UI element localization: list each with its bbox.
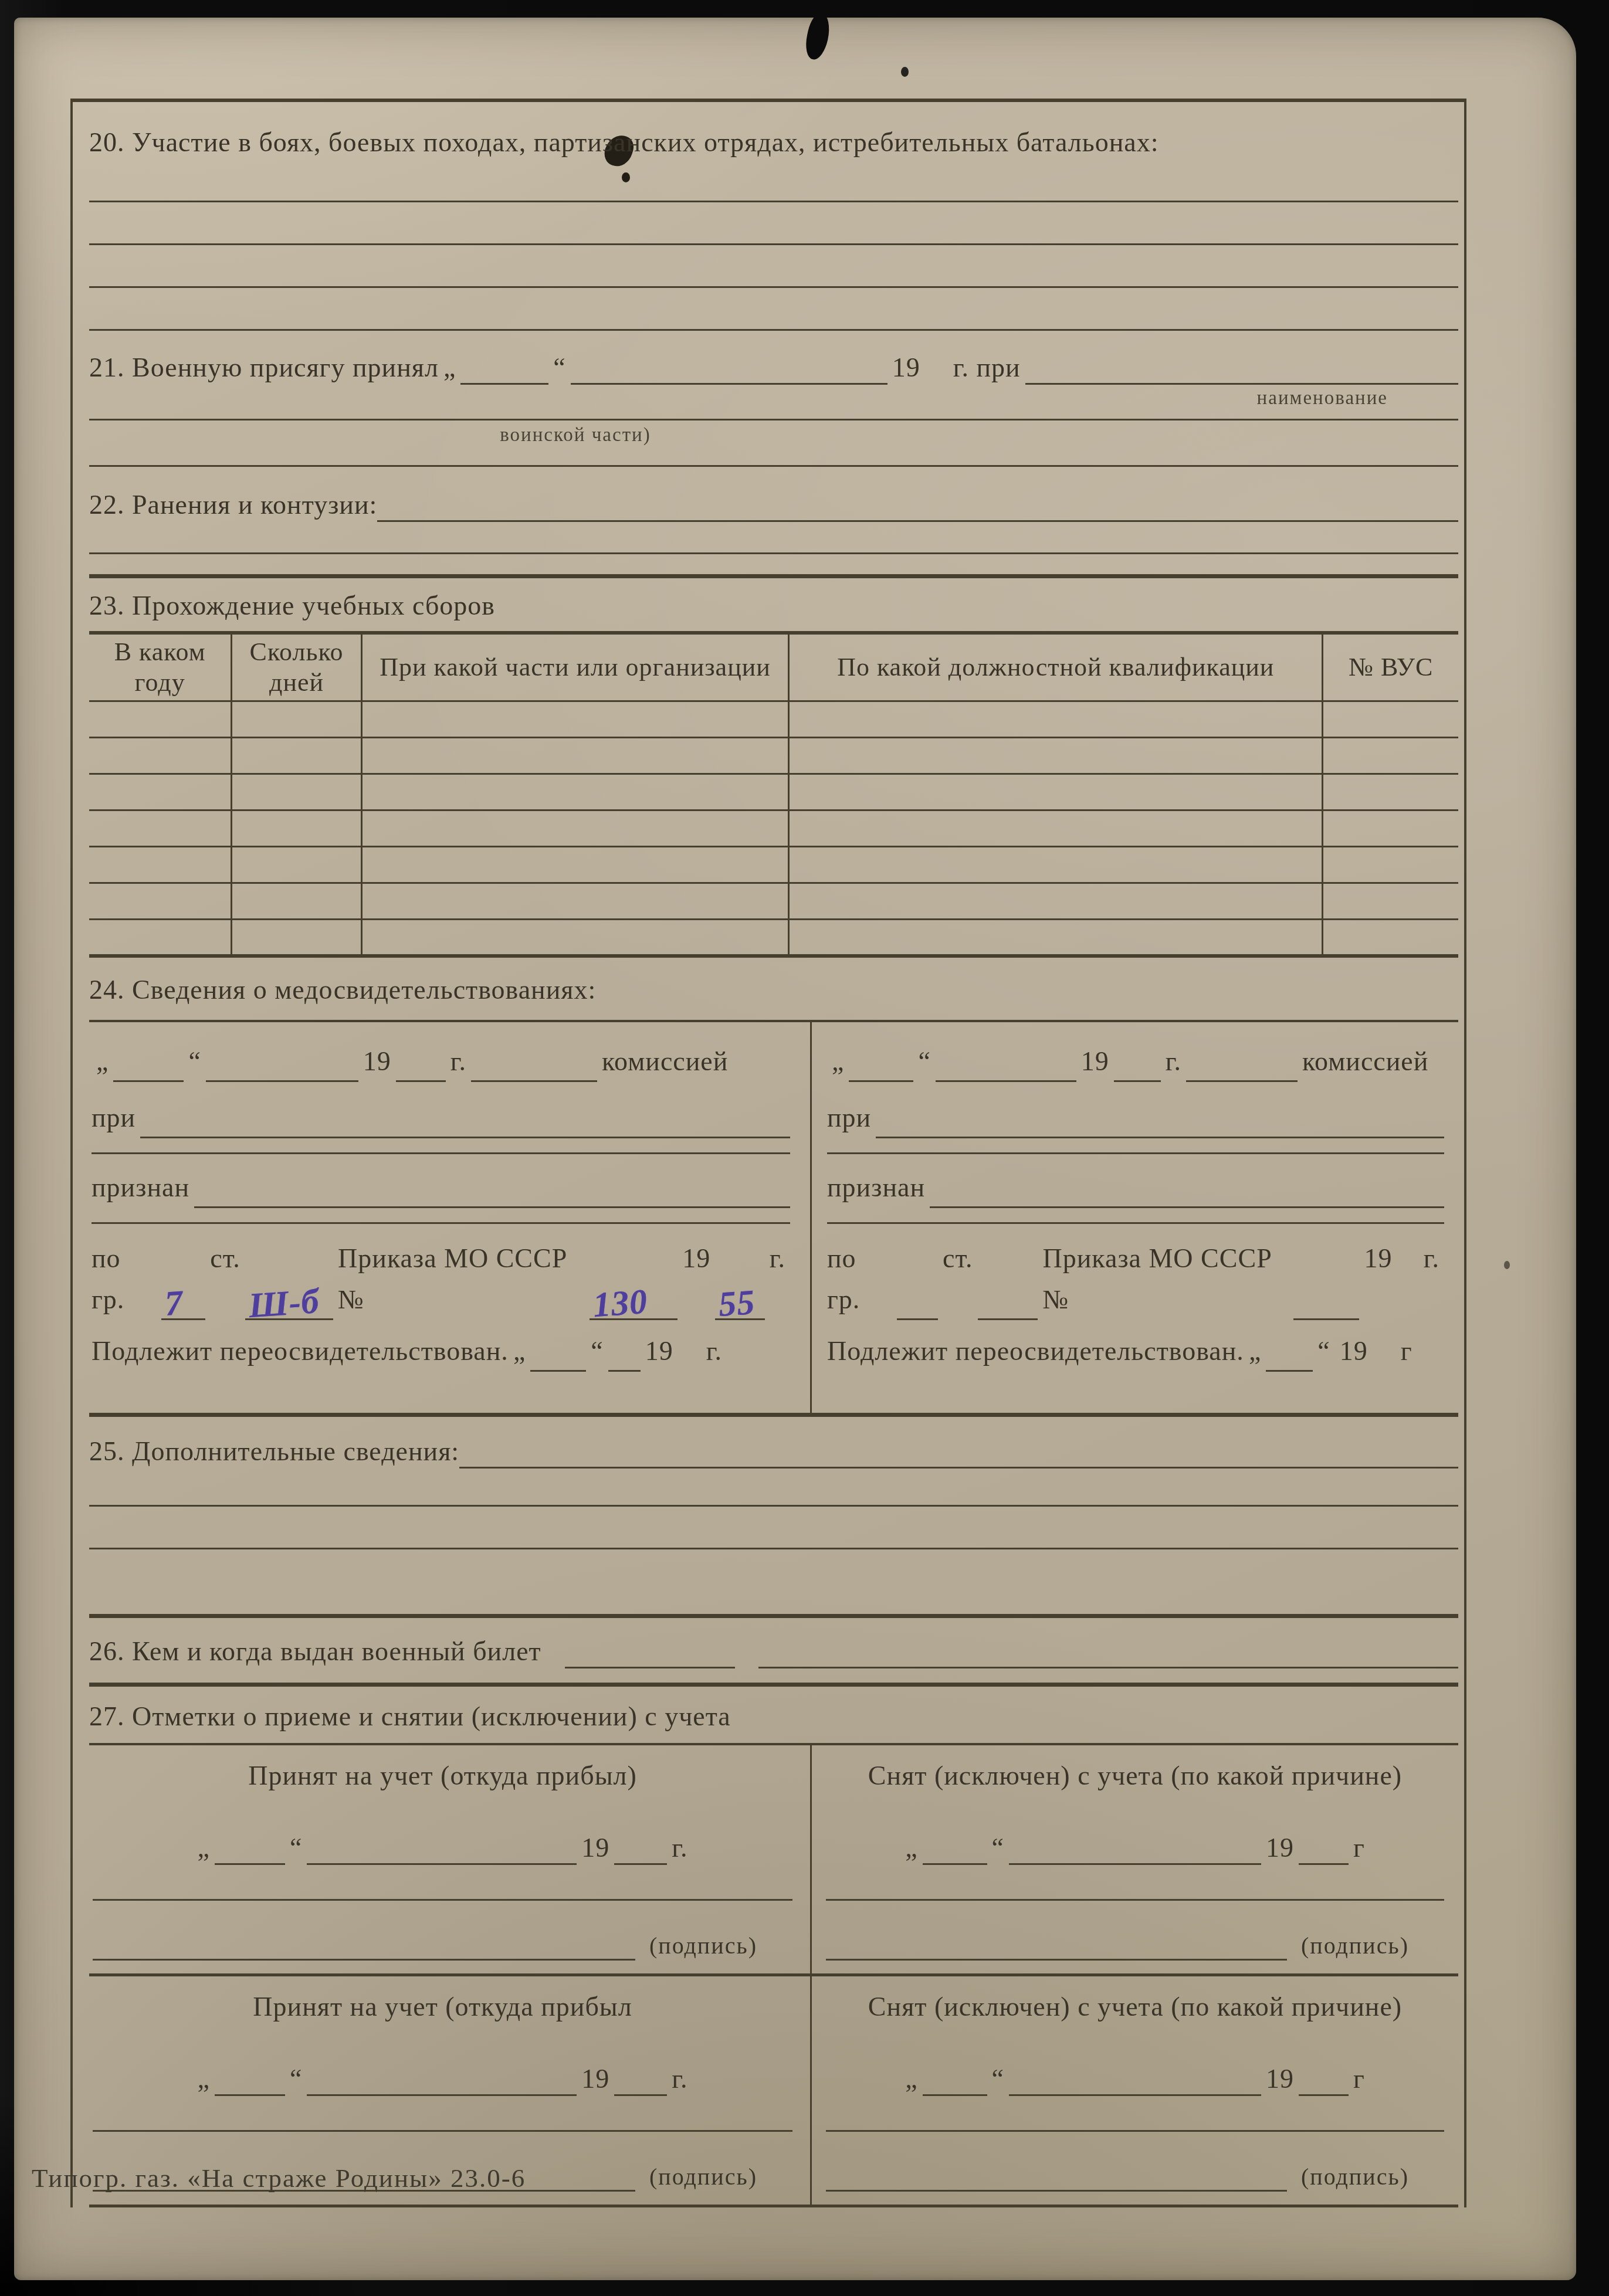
handwritten-group: 7 <box>164 1284 184 1321</box>
fill-line <box>89 243 1458 245</box>
fill-line <box>92 1152 790 1154</box>
quote-open-mark: „ <box>92 1041 113 1082</box>
fill-line <box>89 286 1458 288</box>
accepted-block-1: Принят на учет (откуда прибыл) „ “ 19 г.… <box>89 1745 812 1973</box>
section-24-title: 24. Сведения о медосвидетельствованиях: <box>89 973 1458 1007</box>
fill-line <box>92 1222 790 1224</box>
signature-row: (подпись) <box>826 2162 1444 2192</box>
po-gr-label: по гр. <box>92 1238 161 1320</box>
med-resurvey-row: Подлежит переосвидетельствован. „ “ 19 г… <box>92 1331 790 1372</box>
accepted-header: Принят на учет (откуда прибыл) <box>93 1759 792 1792</box>
section-23-title: 23. Прохождение учебных сборов <box>89 589 1458 623</box>
year-slot <box>396 1055 446 1082</box>
empty-cell <box>89 847 232 883</box>
quote-open-mark: „ <box>192 1831 214 1865</box>
section-25-row: 25. Дополнительные сведения: <box>89 1434 1458 1469</box>
empty-cell <box>789 883 1323 920</box>
ink-blot <box>1504 1261 1510 1269</box>
empty-cell <box>89 920 232 956</box>
empty-cell <box>361 738 788 774</box>
group-slot <box>897 1293 938 1320</box>
section-22-label: 22. Ранения и контузии: <box>89 488 377 522</box>
month-slot <box>936 1055 1076 1082</box>
fill-line <box>459 1434 1458 1469</box>
article-slot: Ш-б <box>245 1293 333 1320</box>
caption-naimenovanie: наименование <box>1257 381 1388 415</box>
year-19-label: 19 <box>678 1238 715 1279</box>
signature-caption: (подпись) <box>649 2162 792 2192</box>
signature-slot <box>826 2162 1287 2192</box>
g-label: г. <box>667 1831 692 1865</box>
quote-close-mark: “ <box>285 1831 307 1865</box>
day-slot <box>215 2069 285 2096</box>
table-row <box>89 847 1458 883</box>
year-slot <box>614 2069 667 2096</box>
empty-cell <box>89 738 232 774</box>
col-header-unit: При какой части или организации <box>361 633 788 701</box>
signature-caption: (подпись) <box>649 1931 792 1961</box>
medical-exam-block-left: „ “ 19 г. комиссией при признан <box>89 1022 812 1413</box>
year-19-label: 19 <box>1261 2062 1299 2096</box>
quote-close-mark: “ <box>913 1041 935 1082</box>
handwritten-order-number: 130 <box>592 1283 649 1322</box>
priznan-label: признан <box>827 1167 930 1208</box>
quote-close-mark: “ <box>184 1041 205 1082</box>
empty-cell <box>789 847 1323 883</box>
document-page: 20. Участие в боях, боевых походах, парт… <box>14 18 1576 2280</box>
year-19-label: 19 <box>888 351 925 385</box>
month-slot <box>307 1838 577 1865</box>
form-frame: 20. Участие в боях, боевых походах, парт… <box>70 99 1466 2207</box>
section-21-gpri-label: г. при <box>949 351 1025 385</box>
med-date-row: „ “ 19 г. комиссией <box>92 1041 790 1082</box>
table-row <box>89 738 1458 774</box>
section-21-row: 21. Военную присягу принял „ “ 19 г. при… <box>89 351 1458 385</box>
med-pri-row: при <box>92 1097 790 1138</box>
month-slot <box>608 1345 641 1372</box>
month-slot <box>307 2069 577 2096</box>
fill-line <box>89 465 1458 467</box>
col-header-days: Сколько дней <box>232 633 362 701</box>
empty-cell <box>789 701 1323 738</box>
med-priznan-row: признан <box>827 1167 1444 1208</box>
fill-line <box>758 1634 1458 1668</box>
empty-cell <box>789 774 1323 810</box>
year-19-label: 19 <box>1076 1041 1114 1082</box>
article-slot <box>978 1293 1038 1320</box>
acc-date-row: „ “ 19 г. <box>93 1831 792 1865</box>
acc-date-row: „ “ 19 г <box>826 1831 1444 1865</box>
empty-cell <box>89 774 232 810</box>
day-slot <box>849 1055 913 1082</box>
quote-open-mark: „ <box>509 1331 530 1372</box>
day-slot <box>530 1345 586 1372</box>
removed-header: Снят (исключен) с учета (по какой причин… <box>826 1990 1444 2023</box>
section-divider <box>89 1413 1458 1417</box>
empty-cell <box>89 810 232 847</box>
empty-cell <box>1323 883 1458 920</box>
pri-label: при <box>92 1097 140 1138</box>
table-row <box>89 883 1458 920</box>
col-header-vus: № ВУС <box>1323 633 1458 701</box>
handwritten-year: 55 <box>717 1284 756 1321</box>
section-20-title: 20. Участие в боях, боевых походах, парт… <box>89 126 1458 160</box>
st-label: ст. <box>205 1238 245 1279</box>
table-header-row: В каком году Сколько дней При какой част… <box>89 633 1458 701</box>
fill-line <box>93 1899 792 1901</box>
fill-line <box>876 1097 1444 1138</box>
commission-label: комиссией <box>597 1041 733 1082</box>
med-resurvey-row: Подлежит переосвидетельствован. „ “ 19 г <box>827 1331 1444 1372</box>
year-19-label: 19 <box>577 1831 614 1865</box>
med-priznan-row: признан <box>92 1167 790 1208</box>
fill-line <box>194 1167 790 1208</box>
year-19-label: 19 <box>577 2062 614 2096</box>
year-19-label: 19 <box>641 1331 678 1372</box>
g-plain-label: г <box>1349 1831 1370 1865</box>
resurvey-label: Подлежит переосвидетельствован. <box>827 1331 1244 1372</box>
empty-cell <box>232 774 362 810</box>
scanned-military-form: { "tokens": { "q_open": "„", "q_close": … <box>0 0 1609 2296</box>
removed-block-1: Снят (исключен) с учета (по какой причин… <box>812 1745 1458 1973</box>
quote-close-mark: “ <box>987 2062 1009 2096</box>
signature-row: (подпись) <box>826 1931 1444 1961</box>
day-slot <box>460 358 548 385</box>
quote-open-mark: „ <box>1244 1331 1266 1372</box>
empty-cell <box>89 883 232 920</box>
table-row <box>89 701 1458 738</box>
empty-cell <box>232 701 362 738</box>
pri-label: при <box>827 1097 876 1138</box>
accepted-header: Принят на учет (откуда прибыл <box>93 1990 792 2023</box>
section-divider <box>89 1683 1458 1687</box>
fill-line <box>827 1152 1444 1154</box>
fill-line <box>826 2130 1444 2132</box>
fill-line <box>826 1899 1444 1901</box>
signature-slot <box>93 1931 635 1961</box>
year-slot <box>1299 1838 1349 1865</box>
year-slot <box>1114 1055 1161 1082</box>
empty-cell <box>361 701 788 738</box>
quote-close-mark: “ <box>548 351 570 385</box>
g-label: г. <box>702 1331 727 1372</box>
empty-cell <box>361 883 788 920</box>
g-label: г. <box>1419 1238 1444 1279</box>
empty-cell <box>361 847 788 883</box>
fill-line <box>140 1097 790 1138</box>
section-22-row: 22. Ранения и контузии: <box>89 488 1458 522</box>
year-19-label: 19 <box>358 1041 396 1082</box>
removed-block-2: Снят (исключен) с учета (по какой причин… <box>812 1976 1458 2205</box>
g-plain-label: г <box>1396 1331 1417 1372</box>
quote-open-mark: „ <box>192 2062 214 2096</box>
med-date-row: „ “ 19 г. комиссией <box>827 1041 1444 1082</box>
empty-cell <box>1323 774 1458 810</box>
printing-house-imprint: Типогр. газ. «На страже Родины» 23.0-6 <box>32 2163 526 2193</box>
quote-close-mark: “ <box>285 2062 307 2096</box>
section-27-title: 27. Отметки о приеме и снятии (исключени… <box>89 1700 1458 1734</box>
empty-cell <box>361 774 788 810</box>
quote-open-mark: „ <box>900 1831 922 1865</box>
tear-speck <box>901 67 909 77</box>
day-slot <box>923 1838 987 1865</box>
empty-cell <box>789 738 1323 774</box>
empty-cell <box>1323 738 1458 774</box>
g-label: г. <box>765 1238 790 1279</box>
issued-by-slot <box>565 1642 735 1668</box>
st-label: ст. <box>938 1238 978 1279</box>
table-row <box>89 774 1458 810</box>
medical-exams-grid: „ “ 19 г. комиссией при признан <box>89 1020 1458 1413</box>
med-prikaz-row: по гр. 7 ст. Ш-б Приказа МО СССР № 130 1… <box>92 1238 790 1320</box>
training-camps-table: В каком году Сколько дней При какой част… <box>89 631 1458 958</box>
year-slot <box>1299 2069 1349 2096</box>
g-label: г. <box>667 2062 692 2096</box>
day-slot <box>1266 1345 1313 1372</box>
fill-line <box>827 1222 1444 1224</box>
col-header-year: В каком году <box>89 633 232 701</box>
resurvey-label: Подлежит переосвидетельствован. <box>92 1331 509 1372</box>
removed-header: Снят (исключен) с учета (по какой причин… <box>826 1759 1444 1792</box>
order-number-slot <box>1293 1293 1359 1320</box>
g-label: г. <box>1161 1041 1186 1082</box>
empty-cell <box>232 920 362 956</box>
empty-cell <box>232 738 362 774</box>
registration-marks-table: Принят на учет (откуда прибыл) „ “ 19 г.… <box>89 1743 1458 2207</box>
year-19-label: 19 <box>1359 1238 1397 1279</box>
day-slot <box>113 1055 184 1082</box>
day-slot <box>215 1838 285 1865</box>
g-plain-label: г <box>1349 2062 1370 2096</box>
empty-cell <box>1323 847 1458 883</box>
order-number-slot: 130 <box>590 1293 678 1320</box>
prikaz-label: Приказа МО СССР № <box>333 1238 590 1320</box>
year-slot <box>614 1838 667 1865</box>
signature-caption: (подпись) <box>1301 2162 1444 2192</box>
month-slot <box>571 358 888 385</box>
empty-cell <box>1323 701 1458 738</box>
empty-cell <box>232 810 362 847</box>
section-divider <box>89 1614 1458 1618</box>
empty-cell <box>361 920 788 956</box>
fill-line <box>89 552 1458 554</box>
table-row <box>89 810 1458 847</box>
commission-label: комиссией <box>1298 1041 1433 1082</box>
handwritten-article: Ш-б <box>248 1283 320 1322</box>
fill-line <box>377 488 1458 522</box>
acc-date-row: „ “ 19 г. <box>93 2062 792 2096</box>
day-slot <box>923 2069 987 2096</box>
unit-name-slot: наименование <box>1025 351 1458 385</box>
quote-close-mark: “ <box>1313 1331 1334 1372</box>
empty-cell <box>789 920 1323 956</box>
empty-cell <box>89 701 232 738</box>
quote-open-mark: „ <box>439 351 460 385</box>
year-19-label: 19 <box>1335 1331 1373 1372</box>
year-slot: 55 <box>715 1293 764 1320</box>
month-slot <box>1009 2069 1261 2096</box>
quote-close-mark: “ <box>987 1831 1009 1865</box>
g-label: г. <box>446 1041 471 1082</box>
med-prikaz-row: по гр. ст. Приказа МО СССР № 19 г. <box>827 1238 1444 1320</box>
signature-slot <box>826 1931 1287 1961</box>
quote-open-mark: „ <box>900 2062 922 2096</box>
section-26-label: 26. Кем и когда выдан военный билет <box>89 1634 541 1668</box>
col-header-qualification: По какой должностной квалификации <box>789 633 1323 701</box>
group-slot: 7 <box>161 1293 205 1320</box>
section-divider <box>89 574 1458 578</box>
acc-date-row: „ “ 19 г <box>826 2062 1444 2096</box>
table-row <box>89 920 1458 956</box>
section-25-label: 25. Дополнительные сведения: <box>89 1434 459 1469</box>
fill-line <box>930 1167 1444 1208</box>
month-slot <box>1009 1838 1261 1865</box>
fill-line: воинской части) <box>89 419 1458 420</box>
quote-close-mark: “ <box>586 1331 608 1372</box>
empty-cell <box>789 810 1323 847</box>
empty-cell <box>1323 920 1458 956</box>
signature-row: (подпись) <box>93 1931 792 1961</box>
fill-line <box>89 329 1458 331</box>
empty-cell <box>361 810 788 847</box>
fill-line <box>89 1505 1458 1507</box>
signature-caption: (подпись) <box>1301 1931 1444 1961</box>
prikaz-label: Приказа МО СССР № <box>1038 1238 1293 1320</box>
po-gr-label: по гр. <box>827 1238 897 1320</box>
empty-cell <box>232 883 362 920</box>
section-26-row: 26. Кем и когда выдан военный билет <box>89 1634 1458 1668</box>
medical-exam-block-right: „ “ 19 г. комиссией при признан <box>812 1022 1458 1413</box>
fill-line <box>89 201 1458 202</box>
month-slot <box>206 1055 358 1082</box>
empty-cell <box>1323 810 1458 847</box>
fill-line <box>93 2130 792 2132</box>
med-pri-row: при <box>827 1097 1444 1138</box>
quote-open-mark: „ <box>827 1041 849 1082</box>
priznan-label: признан <box>92 1167 194 1208</box>
fill-line <box>89 1548 1458 1549</box>
caption-voinskoy-chasti: воинской части) <box>500 425 651 446</box>
tear-hole-mark <box>802 11 833 62</box>
empty-cell <box>232 847 362 883</box>
commission-slot <box>1186 1055 1298 1082</box>
year-19-label: 19 <box>1261 1831 1299 1865</box>
commission-slot <box>471 1055 597 1082</box>
section-21-label: 21. Военную присягу принял <box>89 351 439 385</box>
